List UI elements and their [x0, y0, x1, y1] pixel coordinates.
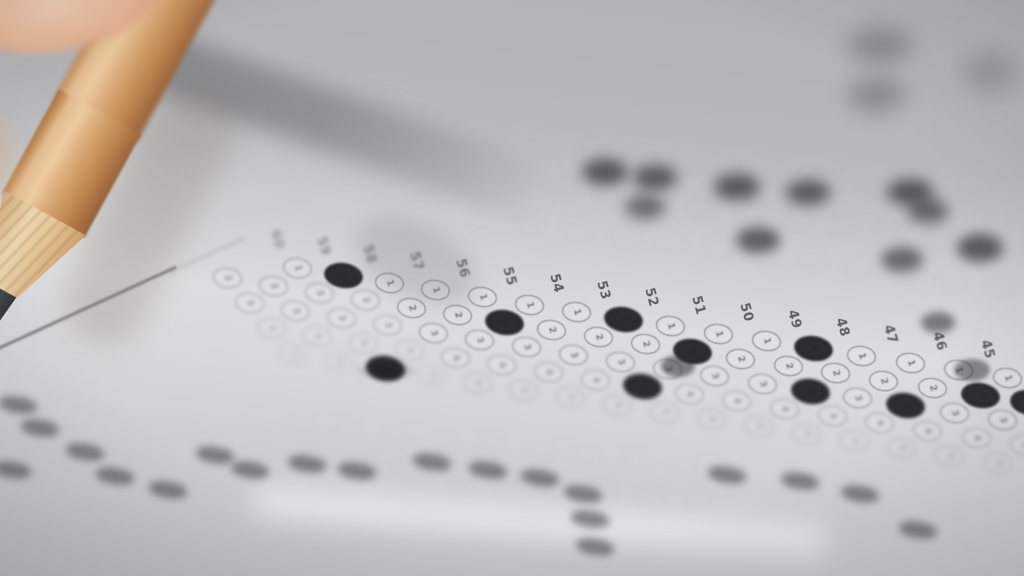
vignette: [0, 0, 1024, 576]
photo-answer-sheet: 6059585756555453525150494847464523452345…: [0, 0, 1024, 576]
